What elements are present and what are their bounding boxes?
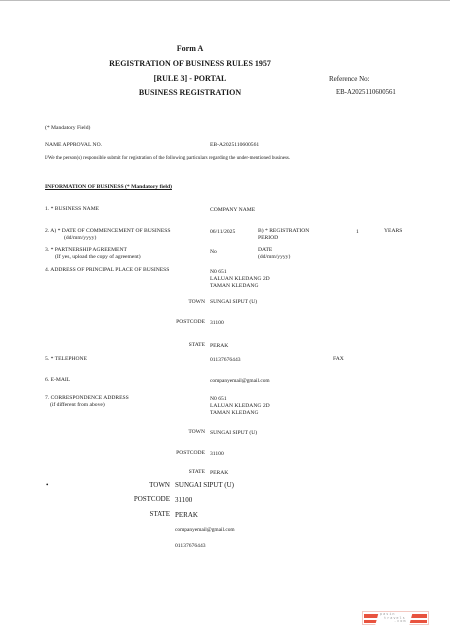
top-border: [0, 0, 450, 1]
correspondence-state-value: PERAK: [210, 470, 228, 476]
declaration-text: I/We the person(s) responsible submit fo…: [45, 156, 290, 161]
correspondence-label: 7. CORRESPONDENCE ADDRESS: [45, 395, 129, 401]
bullet: •: [46, 481, 48, 489]
reference-label: Reference No:: [329, 75, 370, 83]
principal-town-label: TOWN: [150, 299, 205, 305]
registration-period-label-2: PERIOD: [258, 235, 278, 241]
section-heading: INFORMATION OF BUSINESS (* Mandatory fie…: [45, 184, 172, 190]
watermark-logo: pasin travels .com: [362, 611, 429, 625]
correspondence-line3: TAMAN KLEDANG: [210, 410, 259, 416]
form-title: REGISTRATION OF BUSINESS RULES 1957: [60, 59, 320, 68]
principal-address-line2: LALUAN KLEDANG 2D: [210, 276, 270, 282]
watermark-line3: .com: [394, 620, 406, 624]
fax-label: FAX: [333, 356, 344, 362]
principal-town-value: SUNGAI SIPUT (U): [210, 299, 257, 305]
partnership-date-sublabel: (dd/mm/yyyy): [258, 254, 290, 260]
correspondence-line2: LALUAN KLEDANG 2D: [210, 403, 270, 409]
registration-period-unit: YEARS: [384, 228, 402, 234]
correspondence-town-label: TOWN: [150, 429, 205, 435]
extra-email-value: companyemail@gmail.com: [175, 527, 235, 533]
principal-state-value: PERAK: [210, 343, 228, 349]
correspondence-postcode-label: POSTCODE: [150, 450, 205, 456]
principal-postcode-value: 31100: [210, 320, 224, 326]
extra-postcode-label: POSTCODE: [110, 495, 170, 503]
mandatory-note: (* Mandatory Field): [45, 125, 90, 131]
name-approval-value: EB-A2025110600561: [210, 142, 259, 148]
form-rule: [RULE 3] - PORTAL: [60, 74, 320, 83]
telephone-label: 5. * TELEPHONE: [45, 356, 87, 362]
principal-address-line1: N0 651: [210, 269, 227, 275]
business-name-label: 1. * BUSINESS NAME: [45, 206, 99, 212]
commencement-sublabel: (dd/mm/yyyy): [64, 235, 96, 241]
principal-address-line3: TAMAN KLEDANG: [210, 283, 259, 289]
partnership-sublabel: (If yes, upload the copy of agreement): [55, 254, 141, 260]
extra-telephone-value: 01137676443: [175, 543, 206, 549]
correspondence-line1: N0 651: [210, 396, 227, 402]
correspondence-postcode-value: 31100: [210, 451, 224, 457]
form-label: Form A: [60, 44, 320, 53]
name-approval-label: NAME APPROVAL NO.: [45, 142, 102, 148]
reference-value: EB-A2025110600561: [336, 89, 396, 96]
registration-period-label: B) * REGISTRATION: [258, 228, 309, 234]
partnership-date-label: DATE: [258, 247, 272, 253]
extra-state-label: STATE: [110, 510, 170, 518]
registration-period-value: 1: [356, 229, 359, 235]
correspondence-town-value: SUNGAI SIPUT (U): [210, 430, 257, 436]
correspondence-state-label: STATE: [150, 469, 205, 475]
extra-town-label: TOWN: [110, 481, 170, 489]
form-subtitle: BUSINESS REGISTRATION: [60, 88, 320, 97]
commencement-value: 06/11/2025: [210, 229, 235, 235]
email-label: 6. E-MAIL: [45, 377, 70, 383]
partnership-value: No: [210, 249, 217, 255]
commencement-label: 2. A) * DATE OF COMMENCEMENT OF BUSINESS: [45, 228, 170, 234]
principal-postcode-label: POSTCODE: [150, 319, 205, 325]
partnership-label: 3. * PARTNERSHIP AGREEMENT: [45, 247, 127, 253]
email-value: companyemail@gmail.com: [210, 378, 270, 384]
extra-state-value: PERAK: [175, 511, 198, 519]
extra-postcode-value: 31100: [175, 496, 192, 504]
extra-town-value: SUNGAI SIPUT (U): [175, 481, 234, 489]
principal-state-label: STATE: [150, 342, 205, 348]
business-name-value: COMPANY NAME: [210, 207, 255, 213]
telephone-value: 01137676443: [210, 357, 241, 363]
correspondence-sublabel: (if different from above): [50, 402, 105, 408]
principal-address-label: 4. ADDRESS OF PRINCIPAL PLACE OF BUSINES…: [45, 267, 169, 273]
